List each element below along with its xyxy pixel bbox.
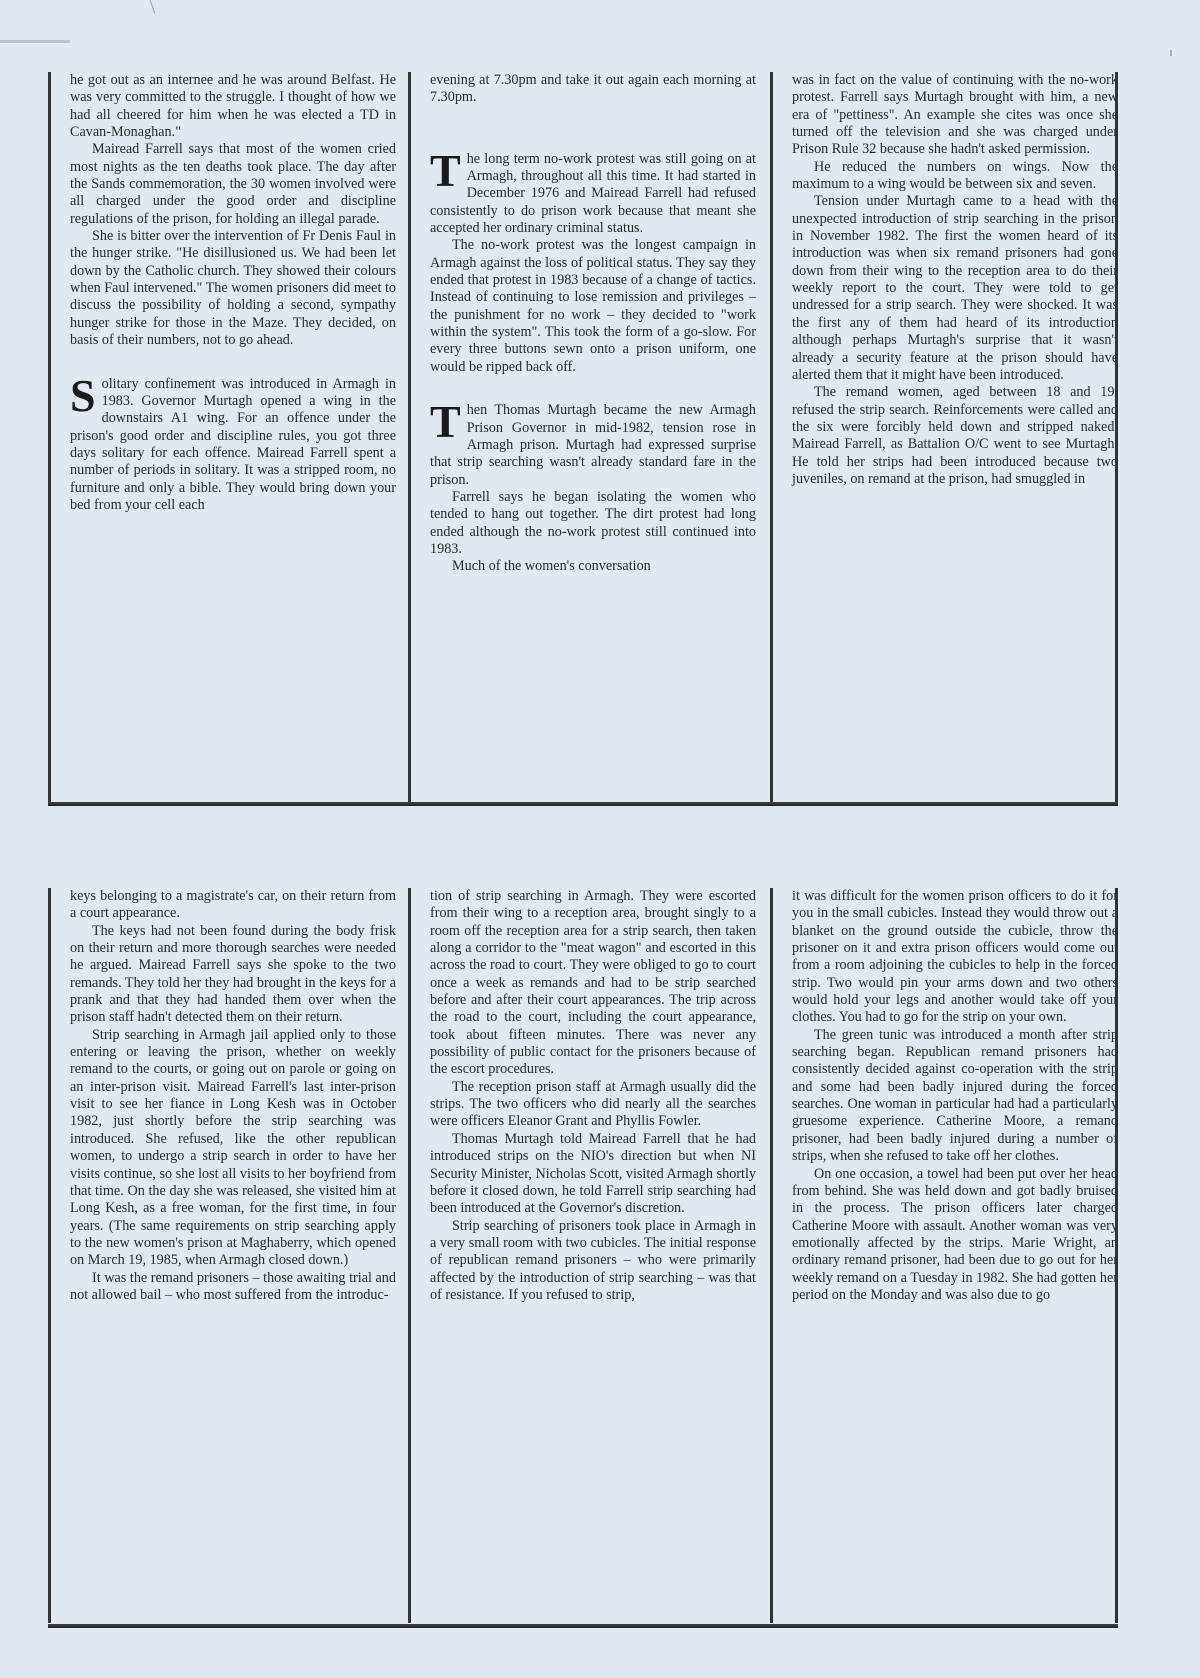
top-column-1: he got out as an internee and he was aro… xyxy=(48,72,402,802)
column-rule xyxy=(408,72,411,802)
paragraph: Strip searching of prisoners took place … xyxy=(430,1218,756,1305)
paragraph: tion of strip searching in Armagh. They … xyxy=(430,888,756,1079)
paragraph: Tension under Murtagh came to a head wit… xyxy=(792,193,1118,384)
paragraph: Much of the women's conversation xyxy=(430,558,756,575)
paragraph: he got out as an internee and he was aro… xyxy=(70,72,396,141)
paragraph: it was difficult for the women prison of… xyxy=(792,888,1118,1027)
paragraph-text: he long term no-work protest was still g… xyxy=(430,151,756,236)
paragraph: He reduced the numbers on wings. Now the… xyxy=(792,159,1118,194)
paragraph: evening at 7.30pm and take it out again … xyxy=(430,72,756,107)
top-column-2: evening at 7.30pm and take it out again … xyxy=(408,72,762,802)
paragraph: The green tunic was introduced a month a… xyxy=(792,1027,1118,1166)
paragraph: Mairead Farrell says that most of the wo… xyxy=(70,141,396,228)
paragraph: keys belonging to a magistrate's car, on… xyxy=(70,888,396,923)
column-rule xyxy=(770,888,773,1623)
dropcap-letter: S xyxy=(70,378,96,414)
paragraph: The keys had not been found during the b… xyxy=(70,923,396,1027)
paragraph: The remand women, aged between 18 and 19… xyxy=(792,384,1118,488)
paragraph: The no-work protest was the longest camp… xyxy=(430,237,756,376)
scan-pen-mark xyxy=(150,0,156,13)
paragraph: It was the remand prisoners – those awai… xyxy=(70,1270,396,1305)
panel-right-rule xyxy=(1115,72,1118,802)
paragraph-text: hen Thomas Murtagh became the new Armagh… xyxy=(430,402,756,487)
bottom-column-1: keys belonging to a magistrate's car, on… xyxy=(48,888,402,1623)
bottom-column-3: it was difficult for the women prison of… xyxy=(770,888,1124,1623)
panel-bottom-rule xyxy=(48,802,1118,806)
column-rule xyxy=(408,888,411,1623)
dropcap-paragraph: The long term no-work protest was still … xyxy=(430,151,756,238)
dropcap-letter: T xyxy=(430,153,461,189)
top-column-3: was in fact on the value of continuing w… xyxy=(770,72,1124,802)
paragraph-text: olitary confinement was introduced in Ar… xyxy=(70,376,396,513)
bottom-column-2: tion of strip searching in Armagh. They … xyxy=(408,888,762,1623)
top-text-panel: he got out as an internee and he was aro… xyxy=(48,72,1118,802)
panel-right-rule xyxy=(1115,888,1118,1623)
panel-bottom-rule xyxy=(48,1624,1118,1628)
dropcap-letter: T xyxy=(430,404,461,440)
paragraph: Thomas Murtagh told Mairead Farrell that… xyxy=(430,1131,756,1218)
dropcap-paragraph: Solitary confinement was introduced in A… xyxy=(70,376,396,515)
column-rule xyxy=(48,888,51,1623)
dropcap-paragraph: Then Thomas Murtagh became the new Armag… xyxy=(430,402,756,489)
bottom-text-panel: keys belonging to a magistrate's car, on… xyxy=(48,888,1118,1623)
paragraph: was in fact on the value of continuing w… xyxy=(792,72,1118,159)
scan-edge-mark xyxy=(0,40,70,43)
paragraph: Farrell says he began isolating the wome… xyxy=(430,489,756,558)
column-rule xyxy=(48,72,51,802)
scan-speck xyxy=(1170,50,1172,56)
column-rule xyxy=(770,72,773,802)
paragraph: She is bitter over the intervention of F… xyxy=(70,228,396,349)
paragraph: Strip searching in Armagh jail applied o… xyxy=(70,1027,396,1270)
paragraph: The reception prison staff at Armagh usu… xyxy=(430,1079,756,1131)
paragraph: On one occasion, a towel had been put ov… xyxy=(792,1166,1118,1305)
